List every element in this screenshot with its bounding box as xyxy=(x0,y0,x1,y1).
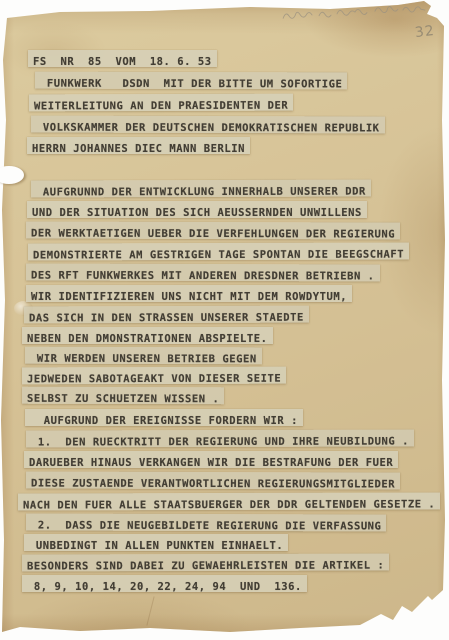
telegram-line-text: DAS SICH IN DEN STRASSEN UNSERER STAEDTE xyxy=(29,310,304,328)
telegram-line: WIR IDENTIFIZIEREN UNS NICHT MIT DEM ROW… xyxy=(26,285,352,302)
telegram-line-text: SELBST ZU SCHUETZEN WISSEN . xyxy=(27,391,219,409)
scanned-document: 32 FS NR 85 VOM 18. 6. 53 FUNKWERK DSDN … xyxy=(0,0,449,640)
telegram-line: FUNKWERK DSDN MIT DER BITTE UM SOFORTIGE xyxy=(35,72,347,90)
telegram-line: DEMONSTRIERTE AM GESTRIGEN TAGE SPONTAN … xyxy=(28,243,409,261)
telegram-line-text: FS NR 85 VOM 18. 6. 53 xyxy=(33,54,212,71)
telegram-line-text: AUFGRUNND DER ENTWICKLUNG INNERHALB UNSE… xyxy=(36,184,366,202)
telegram-line: AUFGRUNND DER ENTWICKLUNG INNERHALB UNSE… xyxy=(31,180,371,198)
telegram-line: UND DER SITUATION DES SICH AEUSSERNDEN U… xyxy=(27,201,367,218)
telegram-line-text: WEITERLEITUNG AN DEN PRAESIDENTEN DER xyxy=(34,98,288,116)
telegram-line: DAS SICH IN DEN STRASSEN UNSERER STAEDTE xyxy=(24,306,309,324)
telegram-line: FS NR 85 VOM 18. 6. 53 xyxy=(28,50,217,67)
telegram-line-text: DES RFT FUNKWERKES MIT ANDEREN DRESDNER … xyxy=(31,268,375,286)
telegram-line: NEBEN DEN DMONSTRATIONEN ABSPIELTE. xyxy=(22,327,273,344)
telegram-line: 8, 9, 10, 14, 20, 22, 24, 94 UND 136. xyxy=(22,575,307,592)
telegram-line: 1. DEN RUECKTRITT DER REGIERUNG UND IHRE… xyxy=(26,429,414,447)
telegram-line: WEITERLEITUNG AN DEN PRAESIDENTEN DER xyxy=(29,94,293,112)
telegram-line-text: BESONDERS SIND DABEI ZU GEWAEHRLEISTEN D… xyxy=(27,558,384,576)
telegram-line-text: WIR WERDEN UNSEREN BETRIEB GEGEN xyxy=(30,351,257,369)
telegram-line-text: 2. DASS DIE NEUGEBILDETE REGIERUNG DIE V… xyxy=(31,518,381,536)
telegram-line-text: VOLKSKAMMER DER DEUTSCHEN DEMOKRATISCHEN… xyxy=(36,120,380,138)
telegram-line-text: DER WERKTAETIGEN UEBER DIE VERFEHLUNGEN … xyxy=(31,226,395,244)
telegram-line: WIR WERDEN UNSEREN BETRIEB GEGEN xyxy=(25,347,262,365)
telegram-lines: FS NR 85 VOM 18. 6. 53 FUNKWERK DSDN MIT… xyxy=(0,0,449,640)
telegram-line-text: DARUEBER HINAUS VERKANGEN WIR DIE BESTRA… xyxy=(29,455,393,472)
telegram-line: DER WERKTAETIGEN UEBER DIE VERFEHLUNGEN … xyxy=(26,222,400,240)
telegram-line-text: UNBEDINGT IN ALLEN PUNKTEN EINHAELT. xyxy=(29,538,283,555)
telegram-line-text: JEDWEDEN SABOTAGEAKT VON DIESER SEITE xyxy=(27,371,281,389)
telegram-line: 2. DASS DIE NEUGEBILDETE REGIERUNG DIE V… xyxy=(26,514,386,532)
telegram-line: AUFGRUND DER EREIGNISSE FORDERN WIR : xyxy=(25,409,303,426)
telegram-line-text: 1. DEN RUECKTRITT DER REGIERUNG UND IHRE… xyxy=(31,434,409,452)
telegram-line: DES RFT FUNKWERKES MIT ANDEREN DRESDNER … xyxy=(26,264,380,282)
telegram-line-text: NACH DEN FUER ALLE STAATSBUERGER DER DDR… xyxy=(23,496,435,514)
telegram-line-text: HERRN JOHANNES DIEC MANN BERLIN xyxy=(32,141,245,158)
telegram-line: JEDWEDEN SABOTAGEAKT VON DIESER SEITE xyxy=(22,367,286,385)
telegram-line-text: WIR IDENTIFIZIEREN UNS NICHT MIT DEM ROW… xyxy=(31,289,347,306)
telegram-line: SELBST ZU SCHUETZEN WISSEN . xyxy=(22,387,224,405)
telegram-line: DIESE ZUSTAENDE VERANTWORTLICHEN REGIERU… xyxy=(26,472,400,490)
telegram-line-text: NEBEN DEN DMONSTRATIONEN ABSPIELTE. xyxy=(27,331,268,348)
telegram-line: NACH DEN FUER ALLE STAATSBUERGER DER DDR… xyxy=(18,492,440,510)
telegram-line-text: UND DER SITUATION DES SICH AEUSSERNDEN U… xyxy=(32,205,362,222)
telegram-line-text: AUFGRUND DER EREIGNISSE FORDERN WIR : xyxy=(30,413,298,430)
telegram-line: DARUEBER HINAUS VERKANGEN WIR DIE BESTRA… xyxy=(24,451,398,468)
telegram-line: BESONDERS SIND DABEI ZU GEWAEHRLEISTEN D… xyxy=(22,554,389,572)
telegram-line: HERRN JOHANNES DIEC MANN BERLIN xyxy=(27,137,250,154)
telegram-line-text: DEMONSTRIERTE AM GESTRIGEN TAGE SPONTAN … xyxy=(33,247,404,265)
telegram-line-text: 8, 9, 10, 14, 20, 22, 24, 94 UND 136. xyxy=(27,579,302,596)
telegram-line-text: FUNKWERK DSDN MIT DER BITTE UM SOFORTIGE xyxy=(40,76,342,94)
telegram-line: VOLKSKAMMER DER DEUTSCHEN DEMOKRATISCHEN… xyxy=(31,116,385,134)
telegram-line-text: DIESE ZUSTAENDE VERANTWORTLICHEN REGIERU… xyxy=(31,476,395,494)
telegram-line: UNBEDINGT IN ALLEN PUNKTEN EINHAELT. xyxy=(24,534,288,551)
